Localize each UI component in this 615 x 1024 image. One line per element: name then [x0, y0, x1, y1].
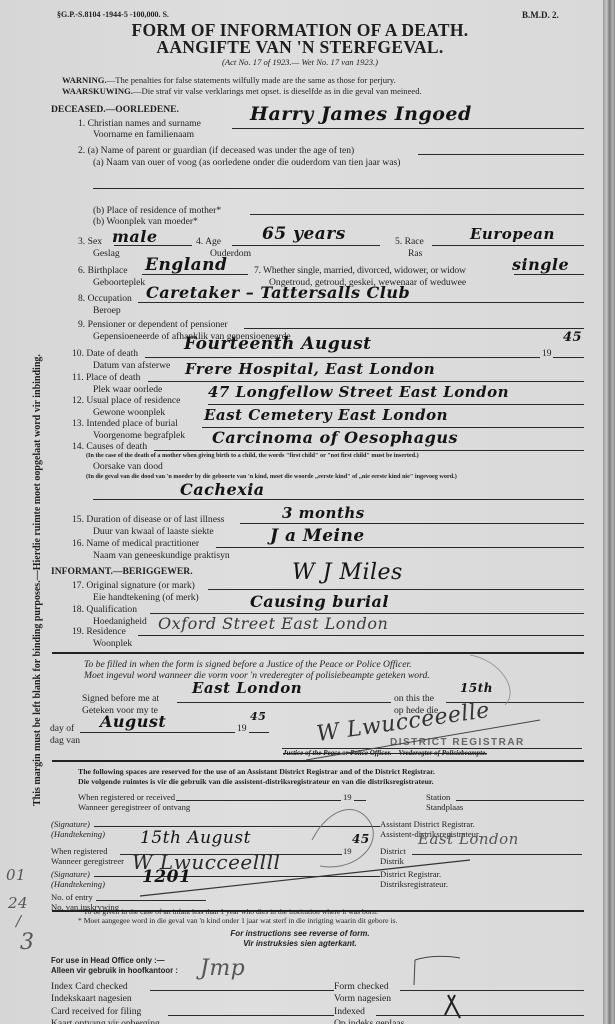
death-form-page: §G.P.-S.8104 -1944-5 -100,000. S. B.M.D.…: [0, 0, 603, 1024]
binding-edge: [603, 0, 615, 1024]
pen-strokes-overlay: [0, 0, 603, 1024]
